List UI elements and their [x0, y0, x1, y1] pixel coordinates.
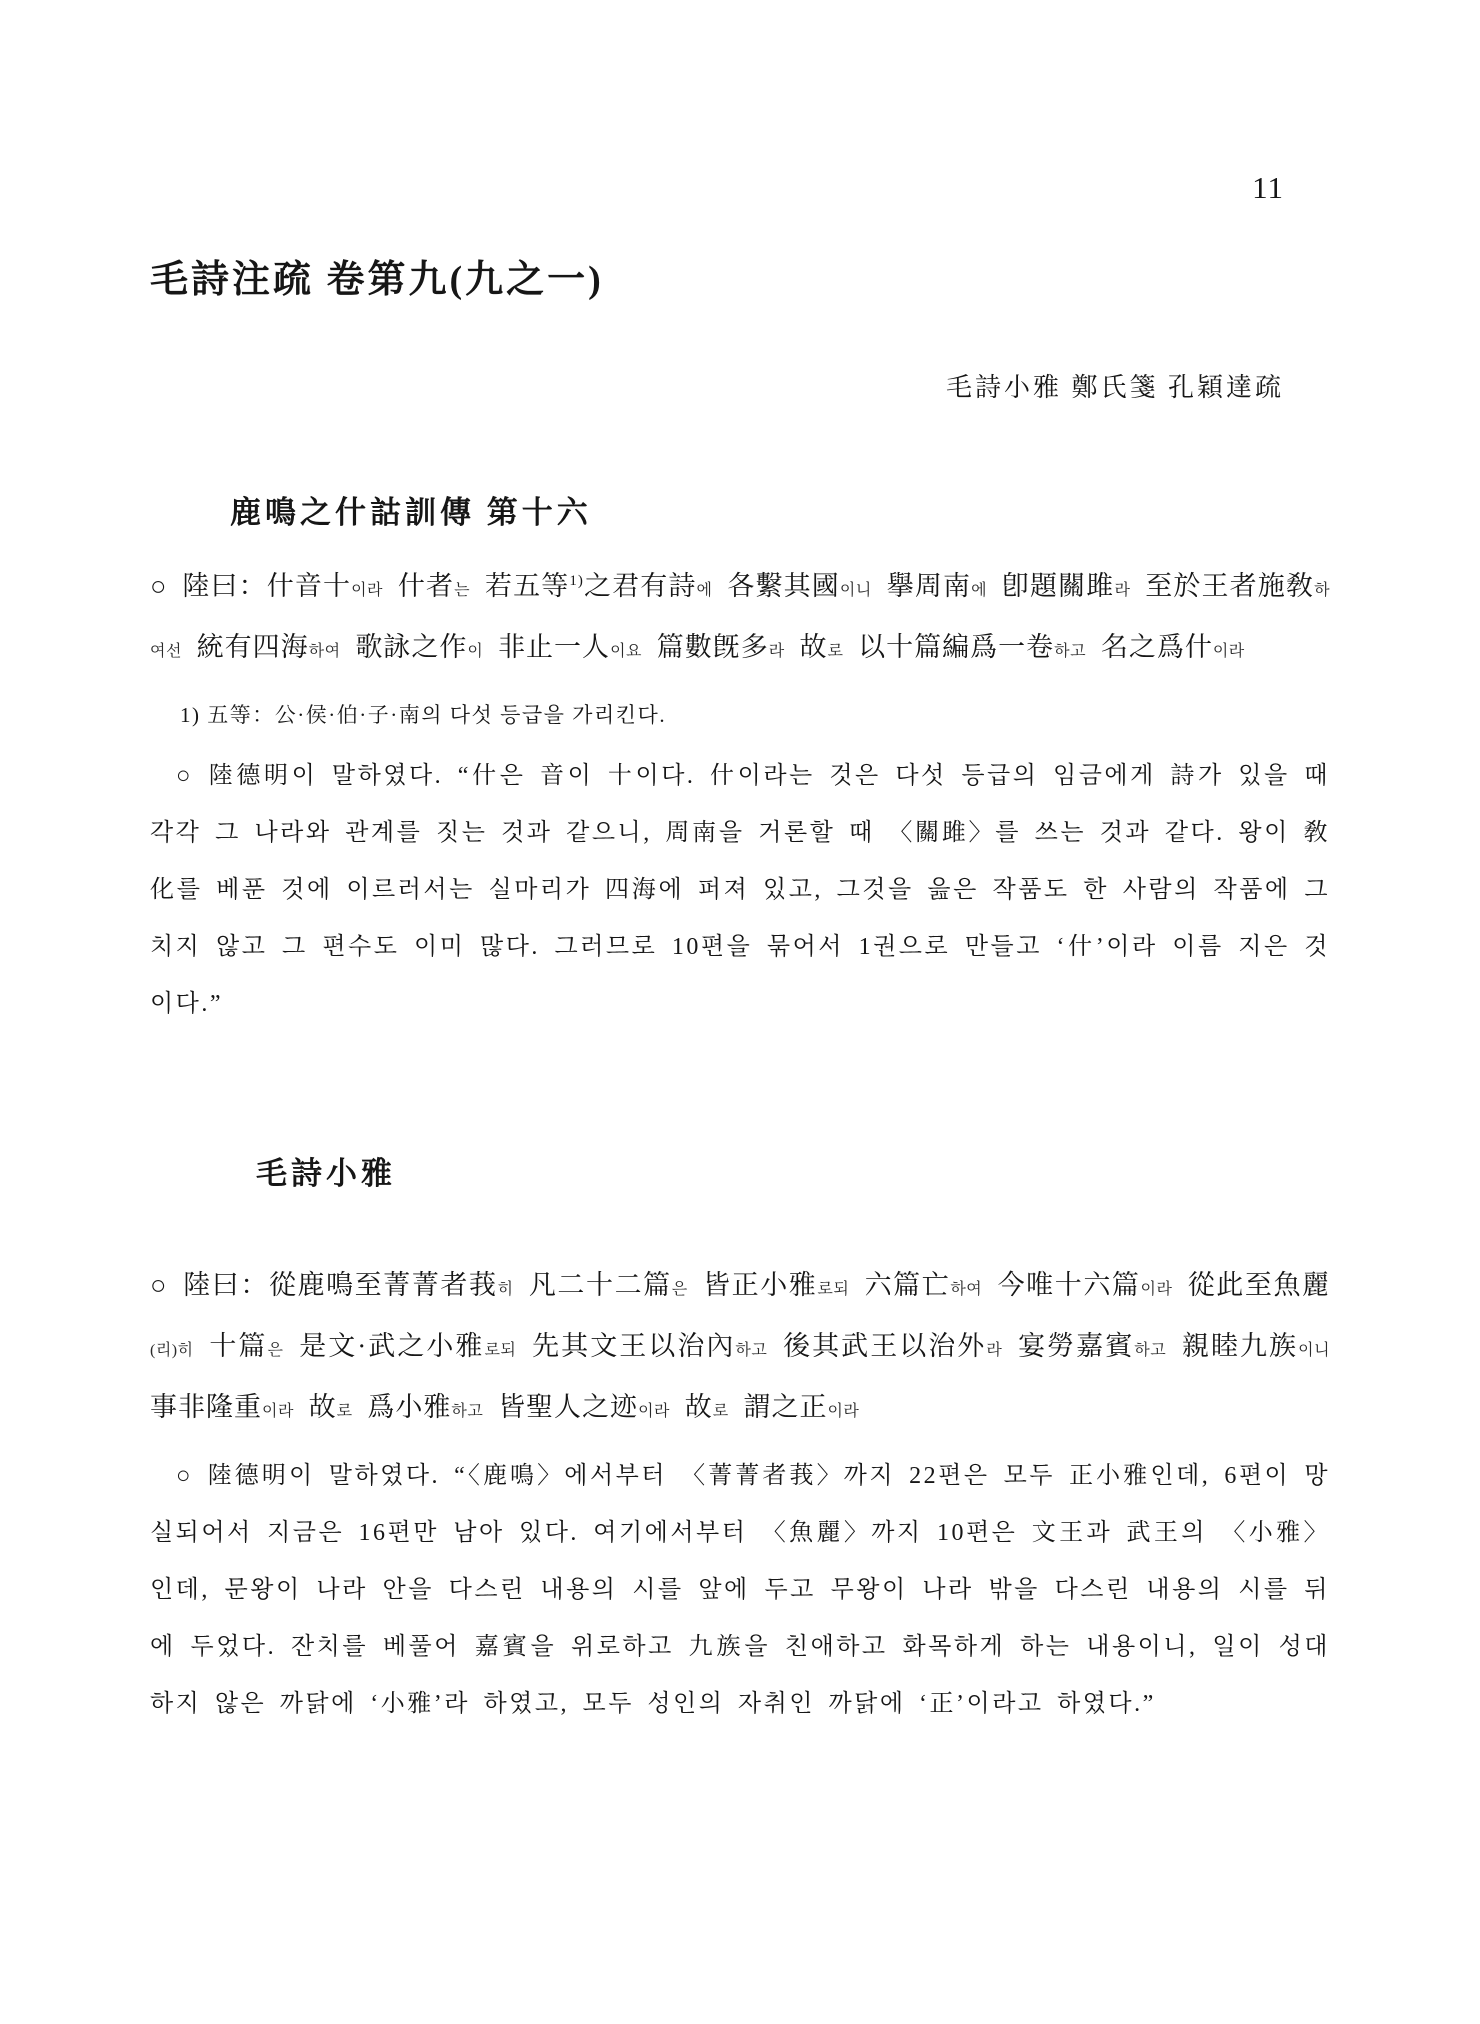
hanmun-text: 非止一人 — [483, 632, 610, 662]
gugyeol-particle: 에 — [697, 582, 713, 599]
hanmun-text: 先其文王以治內 — [516, 1331, 735, 1361]
hanmun-text: 親睦九族 — [1166, 1331, 1298, 1361]
hanmun-text: 篇數旣多 — [642, 632, 769, 662]
section-heading-luming: 鹿鳴之什詁訓傳 第十六 — [150, 492, 1330, 534]
hanmun-text: 至於王者施敎 — [1130, 571, 1314, 601]
page-content: 毛詩注疏 卷第九(九之一) 毛詩小雅 鄭氏箋 孔穎達疏 鹿鳴之什詁訓傳 第十六 … — [0, 0, 1480, 1733]
gugyeol-particle: 이니 — [840, 582, 872, 599]
document-page: 11 毛詩注疏 卷第九(九之一) 毛詩小雅 鄭氏箋 孔穎達疏 鹿鳴之什詁訓傳 第… — [0, 0, 1480, 2024]
gugyeol-particle: 로 — [713, 1403, 729, 1420]
gugyeol-particle: 는 — [454, 582, 470, 599]
hanmun-paragraph-2: ○ 陸曰：從鹿鳴至菁菁者莪히 凡二十二篇은 皆正小雅로되 六篇亡하여 今唯十六篇… — [150, 1257, 1330, 1440]
hanmun-text: 故 — [294, 1392, 337, 1422]
gugyeol-particle: 이라 — [262, 1403, 294, 1420]
gugyeol-particle: 이라 — [1213, 643, 1245, 660]
hanmun-text: 名之爲什 — [1086, 632, 1213, 662]
hanmun-text: 皆正小雅 — [688, 1270, 818, 1300]
gugyeol-particle: 로 — [337, 1403, 353, 1420]
hanmun-text: ○ 陸曰：什音十 — [150, 571, 351, 601]
gugyeol-particle: 로되 — [817, 1281, 849, 1298]
hanmun-text: 六篇亡 — [849, 1270, 950, 1300]
gugyeol-particle: 이라 — [1140, 1281, 1172, 1298]
hanmun-text: 十篇 — [194, 1331, 268, 1361]
translation-paragraph-2: ○ 陸德明이 말하였다. “〈鹿鳴〉에서부터 〈菁菁者莪〉까지 22편은 모두 … — [150, 1448, 1330, 1733]
gugyeol-particle: 하여 — [309, 643, 341, 660]
gugyeol-particle: 히 — [498, 1281, 514, 1298]
hanmun-text: 凡二十二篇 — [514, 1270, 672, 1300]
hanmun-text: 以十篇編爲一卷 — [843, 632, 1054, 662]
gugyeol-particle: (리)히 — [150, 1342, 194, 1359]
gugyeol-particle: 이요 — [610, 643, 642, 660]
document-title: 毛詩注疏 卷第九(九之一) — [150, 0, 1330, 305]
gugyeol-particle: 하고 — [1134, 1342, 1166, 1359]
section-heading-xiaoya: 毛詩小雅 — [150, 1153, 1330, 1195]
byline: 毛詩小雅 鄭氏箋 孔穎達疏 — [150, 367, 1330, 404]
gugyeol-particle: 이니 — [1298, 1342, 1330, 1359]
gugyeol-particle: 이 — [467, 643, 483, 660]
hanmun-text: 從此至魚麗 — [1172, 1270, 1330, 1300]
gugyeol-particle: 라 — [1114, 582, 1130, 599]
gugyeol-particle: 이라 — [638, 1403, 670, 1420]
hanmun-text: 之君有詩 — [584, 571, 697, 601]
hanmun-paragraph-1: ○ 陸曰：什音十이라 什者는 若五等1)之君有詩에 各繫其國이니 擧周南에 卽題… — [150, 558, 1330, 680]
gugyeol-particle: 로되 — [484, 1342, 516, 1359]
hanmun-text: 宴勞嘉賓 — [1002, 1331, 1134, 1361]
hanmun-text: 各繫其國 — [713, 571, 840, 601]
gugyeol-particle: 라 — [986, 1342, 1002, 1359]
hanmun-text: 是文·武之小雅 — [283, 1331, 484, 1361]
hanmun-text: 皆聖人之迹 — [483, 1392, 638, 1422]
hanmun-text: 歌詠之作 — [341, 632, 468, 662]
gugyeol-particle: 이라 — [351, 582, 383, 599]
gugyeol-particle: 라 — [769, 643, 785, 660]
footnote-1: 1) 五等：公·侯·伯·子·南의 다섯 등급을 가리킨다. — [150, 690, 1330, 740]
gugyeol-particle: 하여 — [950, 1281, 982, 1298]
hanmun-text: 若五等 — [470, 571, 569, 601]
hanmun-text: 卽題關雎 — [987, 571, 1114, 601]
hanmun-text: 爲小雅 — [353, 1392, 452, 1422]
hanmun-text: 謂之正 — [729, 1392, 828, 1422]
gugyeol-particle: 하고 — [451, 1403, 483, 1420]
gugyeol-particle: 은 — [672, 1281, 688, 1298]
translation-paragraph-1: ○ 陸德明이 말하였다. “什은 音이 十이다. 什이라는 것은 다섯 등급의 … — [150, 748, 1330, 1033]
gugyeol-particle: 은 — [267, 1342, 283, 1359]
hanmun-text: 擧周南 — [872, 571, 971, 601]
hanmun-text: 今唯十六篇 — [982, 1270, 1140, 1300]
footnote-ref: 1) — [569, 573, 584, 589]
page-number: 11 — [1252, 170, 1284, 206]
gugyeol-particle: 하고 — [735, 1342, 767, 1359]
hanmun-text: 故 — [670, 1392, 713, 1422]
hanmun-text: 統有四海 — [182, 632, 309, 662]
hanmun-text: 事非隆重 — [150, 1392, 262, 1422]
hanmun-text: 後其武王以治外 — [767, 1331, 986, 1361]
gugyeol-particle: 이라 — [827, 1403, 859, 1420]
hanmun-text: ○ 陸曰：從鹿鳴至菁菁者莪 — [150, 1270, 498, 1300]
hanmun-text: 什者 — [383, 571, 454, 601]
gugyeol-particle: 에 — [971, 582, 987, 599]
gugyeol-particle: 하고 — [1054, 643, 1086, 660]
hanmun-text: 故 — [785, 632, 828, 662]
gugyeol-particle: 로 — [827, 643, 843, 660]
